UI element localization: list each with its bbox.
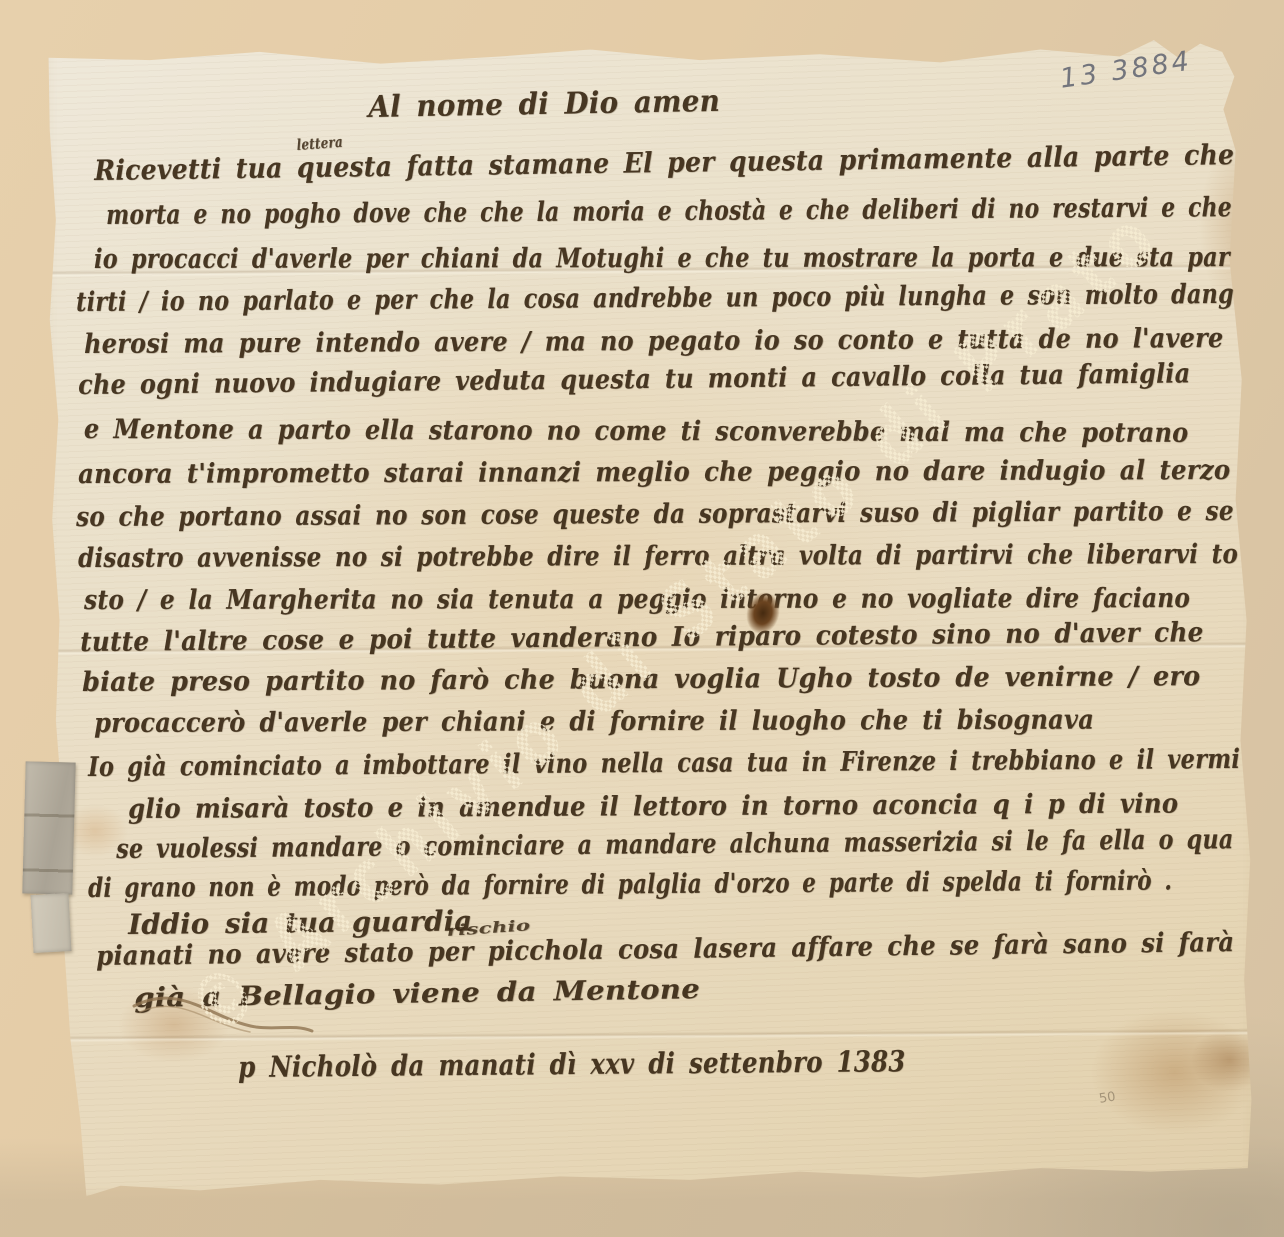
closing-line: Iddio sia tua guardia [128,904,473,941]
body-line: tirti / io no parlato e per che la cosa … [76,279,1234,318]
body-line: io procacci d'averle per chiani da Motug… [94,242,1230,275]
letter-heading: Al nome di Dio amen [368,84,720,125]
body-line: Io già cominciato a imbottare il vino ne… [88,744,1240,783]
body-line: glio misarà tosto e in amendue il lettor… [128,789,1178,825]
archive-inventory-number: 13 3884 [1058,46,1194,95]
scan-background: Al nome di Dio amen lettera Ricevetti tu… [0,0,1284,1237]
body-line: morta e no pogho dove che che la moria e… [106,192,1232,231]
body-line: che ogni nuovo indugiare veduta questa t… [78,358,1191,401]
body-line: herosi ma pure intendo avere / ma no peg… [84,323,1224,360]
body-line: biate preso partito no farò che buona vo… [82,661,1200,698]
body-line: ancora t'imprometto starai innanzi megli… [78,455,1230,490]
body-line: so che portano assai no son cose queste … [76,496,1234,533]
small-marginal-number: 50 [1098,1089,1117,1106]
body-line: di grano non è modo però da fornire di p… [88,865,1172,904]
body-line: tutte l'altre cose e poi tutte vanderano… [80,617,1204,658]
body-line: disastro avvenisse no si potrebbe dire i… [78,539,1238,574]
body-line: sto / e la Margherita no sia tenuta a pe… [84,583,1190,616]
body-line: e Mentone a parto ella starono no come t… [84,414,1189,449]
body-line: procaccerò d'averle per chiani e di forn… [94,705,1094,739]
signature-date-line: p Nicholò da manati dì xxv di settenbro … [238,1044,906,1084]
body-line: Ricevetti tua questa fatta stamane El pe… [94,138,1234,187]
body-line: se vuolessi mandare o cominciare a manda… [116,824,1234,865]
paper-fiber-thread [120,972,330,1062]
